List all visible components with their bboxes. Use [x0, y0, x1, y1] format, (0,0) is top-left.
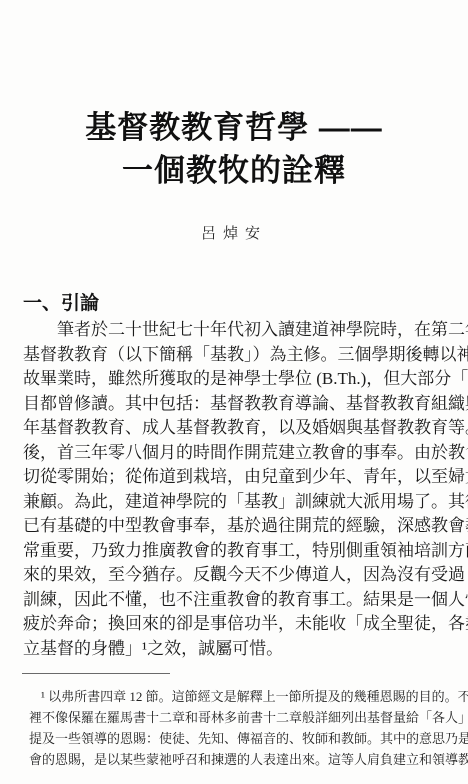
paragraph-line: 筆者於二十世紀七十年代初入讀建道神學院時，在第二年開始，以 [23, 318, 443, 343]
article-title-line-2: 一個教牧的詮釋 [0, 149, 468, 192]
article-title: 基督教教育哲學 —— 一個教牧的詮釋 [0, 106, 468, 192]
paragraph-line: 後，首三年零八個月的時間作開荒建立教會的事奉。由於教會初創，一 [23, 441, 443, 466]
paragraph-line: 疲於奔命；換回來的卻是事倍功半，未能收「成全聖徒，各盡其職，建 [23, 612, 443, 637]
paragraph-line: 常重要，乃致力推廣教會的教育事工，特別側重領袖培訓方面；其所帶 [23, 539, 443, 564]
paragraph-line: 目都曾修讀。其中包括：基督教教育導論、基督教教育組織與行政、青 [23, 392, 443, 417]
footnote: ¹ 以弗所書四章 12 節。這節經文是解釋上一節所提及的幾種恩賜的目的。不過，這… [29, 686, 448, 770]
paragraph-line: 年基督教教育、成人基督教教育，以及婚姻與基督教教育等。神學畢業 [23, 416, 443, 441]
footnote-line: ¹ 以弗所書四章 12 節。這節經文是解釋上一節所提及的幾種恩賜的目的。不過，這 [29, 686, 448, 707]
footnote-separator [22, 673, 170, 674]
author-name: 呂焯安 [0, 222, 468, 243]
article-title-line-1: 基督教教育哲學 —— [0, 106, 468, 149]
paragraph-line: 已有基礎的中型教會事奉，基於過往開荒的經驗，深感教會教育事工非 [23, 514, 443, 539]
paragraph-line: 故畢業時，雖然所獲取的是神學士學位 (B.Th.)，但大部分「基教」的科 [23, 367, 443, 392]
paragraph-line: 兼顧。為此，建道神學院的「基教」訓練就大派用場了。其後轉到一間 [23, 490, 443, 515]
intro-paragraph: 筆者於二十世紀七十年代初入讀建道神學院時，在第二年開始，以 基督教教育（以下簡稱… [23, 318, 443, 661]
paragraph-line: 立基督的身體」¹之效，誠屬可惜。 [23, 637, 443, 662]
paragraph-line: 基督教教育（以下簡稱「基教」）為主修。三個學期後轉以神學為主修。 [23, 343, 443, 368]
footnote-line: 會的恩賜，是以某些蒙祂呼召和揀選的人表達出來。這等人肩負建立和領導教會之責（參 [29, 749, 448, 770]
paragraph-line: 切從零開始；從佈道到栽培，由兒童到少年、青年，以至婦女工作都要 [23, 465, 443, 490]
section-heading: 一、引論 [23, 288, 99, 315]
paragraph-line: 訓練，因此不懂，也不注重教會的教育事工。結果是一個人忙忙碌碌， [23, 588, 443, 613]
footnote-line: 提及一些領導的恩賜：使徒、先知、傳福音的、牧師和教師。其中的意思乃是基督給予教 [29, 728, 448, 749]
document-page: 基督教教育哲學 —— 一個教牧的詮釋 呂焯安 一、引論 筆者於二十世紀七十年代初… [0, 0, 468, 784]
paragraph-line: 來的果效，至今猶存。反觀今天不少傳道人，因為沒有受過「基教」的 [23, 563, 443, 588]
footnote-line: 裡不像保羅在羅馬書十二章和哥林多前書十二章般詳細列出基督量給「各人」的恩賜，只 [29, 707, 448, 728]
